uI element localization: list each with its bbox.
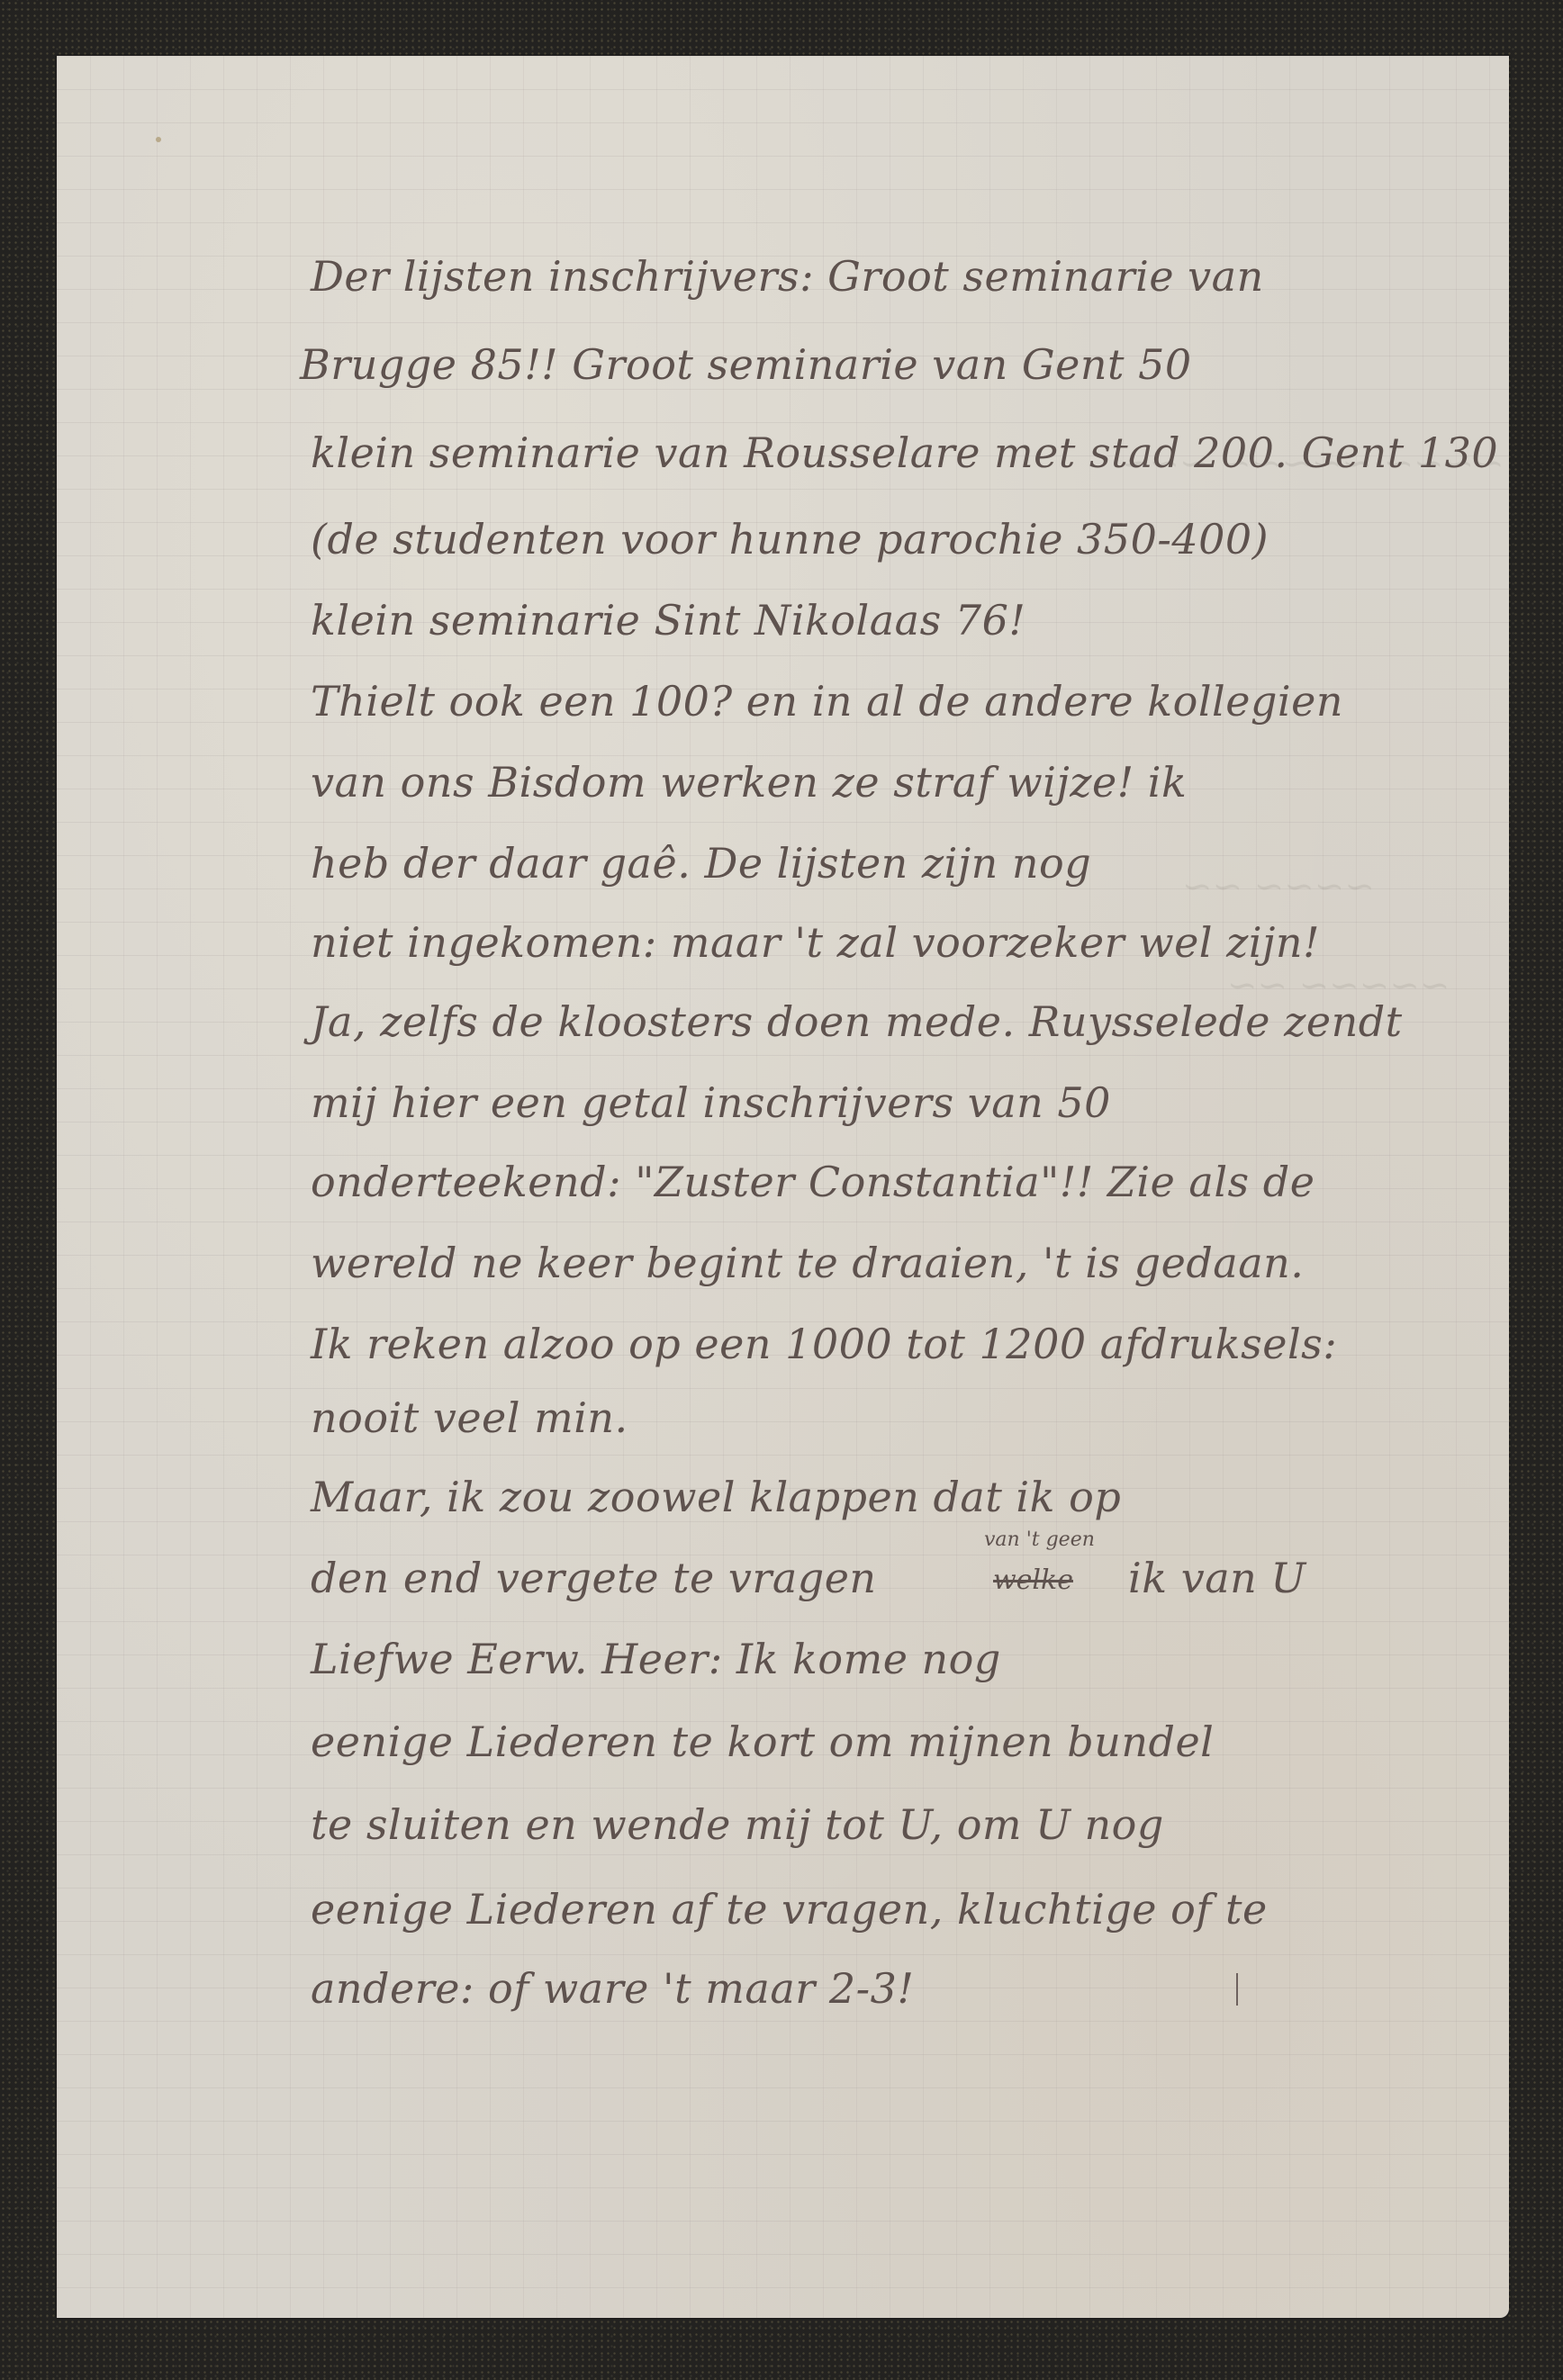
letter-line-9: niet ingekomen: maar 't zal voorzeker we… [311,922,1320,963]
interlinear-insert: van 't geen [984,1528,1095,1551]
letter-line-15: nooit veel min. [311,1397,628,1438]
letter-line-21: eenige Liederen af te vragen, kluchtige … [311,1889,1268,1930]
letter-line-12: onderteekend: "Zuster Constantia"!! Zie … [311,1161,1315,1203]
letter-line-17: den end vergete te vragen [311,1557,877,1599]
letter-line-13: wereld ne keer begint te draaien, 't is … [311,1242,1304,1284]
letter-line-7: van ons Bisdom werken ze straf wijze! ik [311,762,1187,803]
letter-line-3: klein seminarie van Rousselare met stad … [311,432,1498,473]
letter-line-16: Maar, ik zou zoowel klappen dat ik op [311,1476,1121,1518]
letter-line-10: Ja, zelfs de kloosters doen mede. Ruysse… [311,1001,1403,1042]
paper-stain [156,137,161,142]
letter-page: ~~~~ ~~~~~ ~~~ ~~~~ ~~ ~~~~~ ~~ Der lijs… [57,56,1509,2318]
bleed-through-text: ~~~~ ~~ [1182,866,1375,907]
letter-line-19: eenige Liederen te kort om mijnen bundel [311,1721,1214,1762]
struck-word: welke [993,1564,1073,1596]
letter-line-18: Liefwe Eerw. Heer: Ik kome nog [311,1638,1001,1680]
letter-line-8: heb der daar gaê. De lijsten zijn nog [311,843,1091,884]
letter-line-11: mij hier een getal inschrijvers van 50 [311,1082,1111,1123]
end-mark [1236,1973,1238,2006]
letter-line-14: Ik reken alzoo op een 1000 tot 1200 afdr… [311,1323,1337,1365]
letter-line-17b: ik van U [1128,1557,1306,1599]
letter-line-22: andere: of ware 't maar 2-3! [311,1968,914,2009]
letter-line-4: (de studenten voor hunne parochie 350-40… [311,518,1269,560]
letter-line-6: Thielt ook een 100? en in al de andere k… [311,681,1343,722]
letter-line-5: klein seminarie Sint Nikolaas 76! [311,600,1025,641]
letter-line-1: Der lijsten inschrijvers: Groot seminari… [311,256,1264,297]
letter-line-20: te sluiten en wende mij tot U, om U nog [311,1804,1164,1845]
letter-line-2: Brugge 85!! Groot seminarie van Gent 50 [300,344,1192,385]
